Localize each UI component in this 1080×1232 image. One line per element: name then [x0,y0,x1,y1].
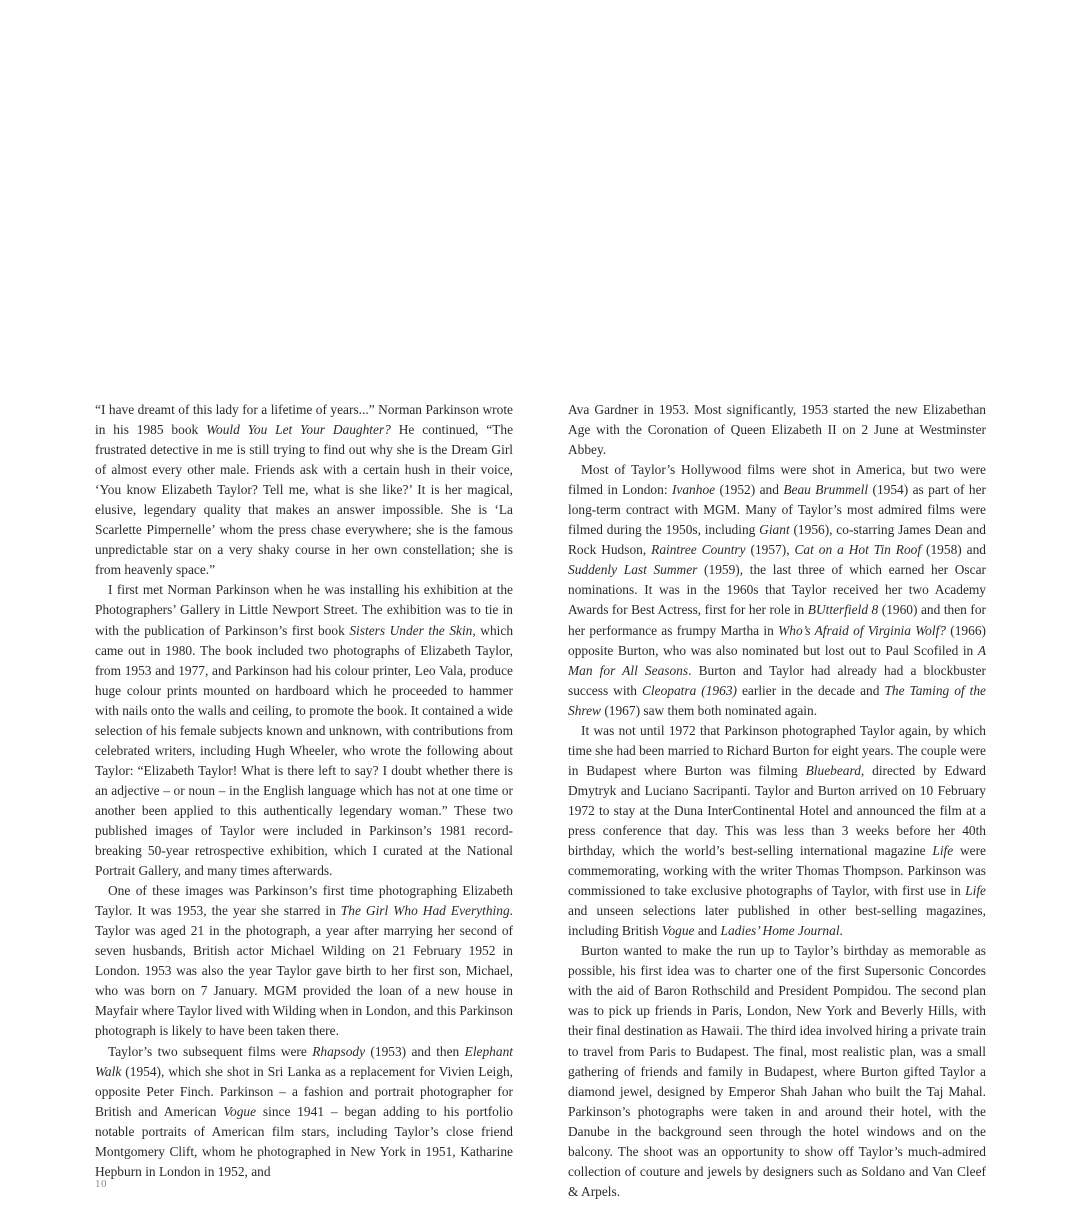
text-run: . Taylor was aged 21 in the photograph, … [95,903,513,1038]
italic-title: Raintree Country [651,542,745,557]
italic-title: Would You Let Your Daughter? [206,422,391,437]
italic-title: Cat on a Hot Tin Roof [795,542,922,557]
text-run: (1967) saw them both nominated again. [601,703,817,718]
italic-title: Ivanhoe [672,482,715,497]
body-paragraph: Most of Taylor’s Hollywood films were sh… [568,460,986,721]
body-paragraph: Taylor’s two subsequent films were Rhaps… [95,1042,513,1182]
page-number: 10 [95,1178,107,1190]
text-run: (1952) and [715,482,783,497]
italic-title: The Girl Who Had Everything [341,903,510,918]
italic-title: BUtterfield 8 [808,602,878,617]
italic-title: Ladies’ Home Journal [721,923,840,938]
body-paragraph: Ava Gardner in 1953. Most significantly,… [568,400,986,460]
italic-title: Vogue [662,923,695,938]
italic-title: Bluebeard [806,763,861,778]
body-paragraph: “I have dreamt of this lady for a lifeti… [95,400,513,580]
italic-title: Suddenly Last Summer [568,562,697,577]
body-paragraph: It was not until 1972 that Parkinson pho… [568,721,986,942]
text-run: (1953) and then [365,1044,465,1059]
right-text-column: Ava Gardner in 1953. Most significantly,… [568,400,986,1202]
text-run: , which came out in 1980. The book inclu… [95,623,513,879]
text-run: . [840,923,843,938]
text-run: (1958) and [921,542,986,557]
text-run: (1957), [746,542,795,557]
italic-title: Life [965,883,986,898]
italic-title: Life [932,843,953,858]
text-run: earlier in the decade and [737,683,884,698]
italic-title: Cleopatra (1963) [642,683,737,698]
italic-title: Rhapsody [312,1044,365,1059]
left-text-column: “I have dreamt of this lady for a lifeti… [95,400,513,1182]
text-run: Burton wanted to make the run up to Tayl… [568,943,986,1199]
italic-title: Vogue [223,1104,256,1119]
text-run: He continued, “The frustrated detective … [95,422,513,577]
body-paragraph: Burton wanted to make the run up to Tayl… [568,941,986,1202]
italic-title: Giant [759,522,790,537]
italic-title: Beau Brummell [783,482,868,497]
body-paragraph: One of these images was Parkinson’s firs… [95,881,513,1041]
text-run: Taylor’s two subsequent films were [108,1044,312,1059]
text-run: Ava Gardner in 1953. Most significantly,… [568,402,986,457]
body-paragraph: I first met Norman Parkinson when he was… [95,580,513,881]
text-run: and [694,923,720,938]
italic-title: Who’s Afraid of Virginia Wolf? [778,623,946,638]
italic-title: Sisters Under the Skin [349,623,472,638]
